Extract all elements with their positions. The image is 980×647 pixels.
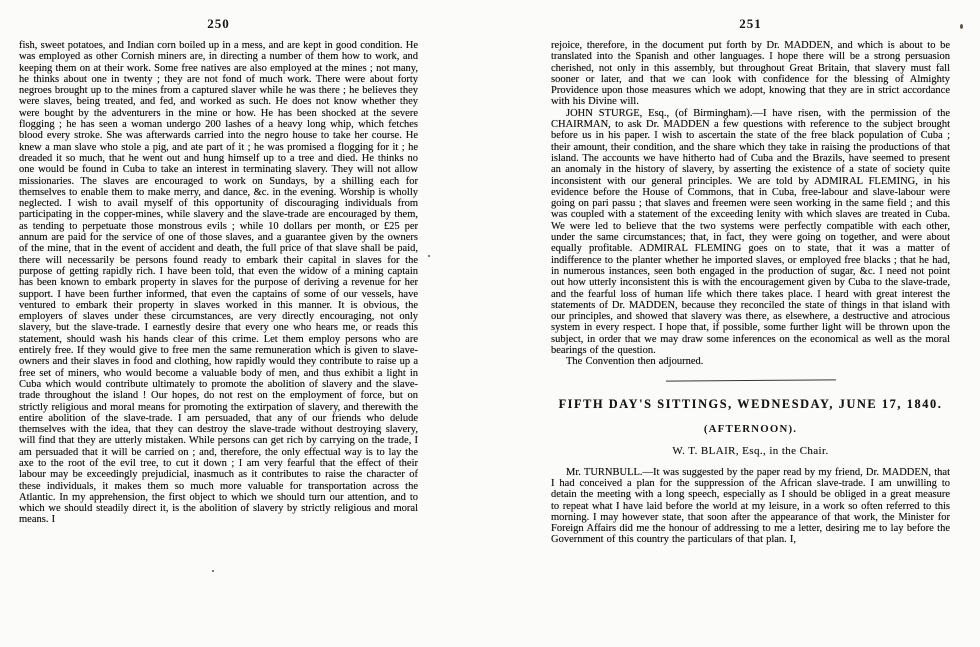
paragraph: Mr. TURNBULL.—It was suggested by the pa… (551, 467, 950, 546)
page-251: 251 rejoice, therefore, in the document … (551, 0, 950, 647)
fifth-day-sittings-section: FIFTH DAY'S SITTINGS, WEDNESDAY, JUNE 17… (551, 380, 950, 546)
paragraph: rejoice, therefore, in the document put … (551, 40, 950, 108)
paragraph: The Convention then adjourned. (551, 356, 950, 367)
scan-artifact (960, 24, 963, 29)
left-page-body: fish, sweet potatoes, and Indian corn bo… (19, 40, 418, 526)
book-spread: 250 fish, sweet potatoes, and Indian cor… (0, 0, 980, 647)
scan-artifact (212, 570, 214, 572)
page-number-right: 251 (551, 16, 950, 31)
paragraph: JOHN STURGE, Esq., (of Birmingham).—I ha… (551, 108, 950, 357)
section-subheading: (AFTERNOON). (551, 423, 950, 435)
section-body: Mr. TURNBULL.—It was suggested by the pa… (551, 467, 950, 546)
section-heading: FIFTH DAY'S SITTINGS, WEDNESDAY, JUNE 17… (551, 397, 950, 412)
right-page-body: rejoice, therefore, in the document put … (551, 40, 950, 368)
section-divider-rule (665, 379, 835, 381)
page-number-left: 250 (19, 16, 418, 31)
page-250: 250 fish, sweet potatoes, and Indian cor… (19, 0, 418, 647)
paragraph: fish, sweet potatoes, and Indian corn bo… (19, 40, 418, 526)
section-chair-line: W. T. BLAIR, Esq., in the Chair. (551, 445, 950, 457)
scan-artifact (428, 255, 430, 257)
